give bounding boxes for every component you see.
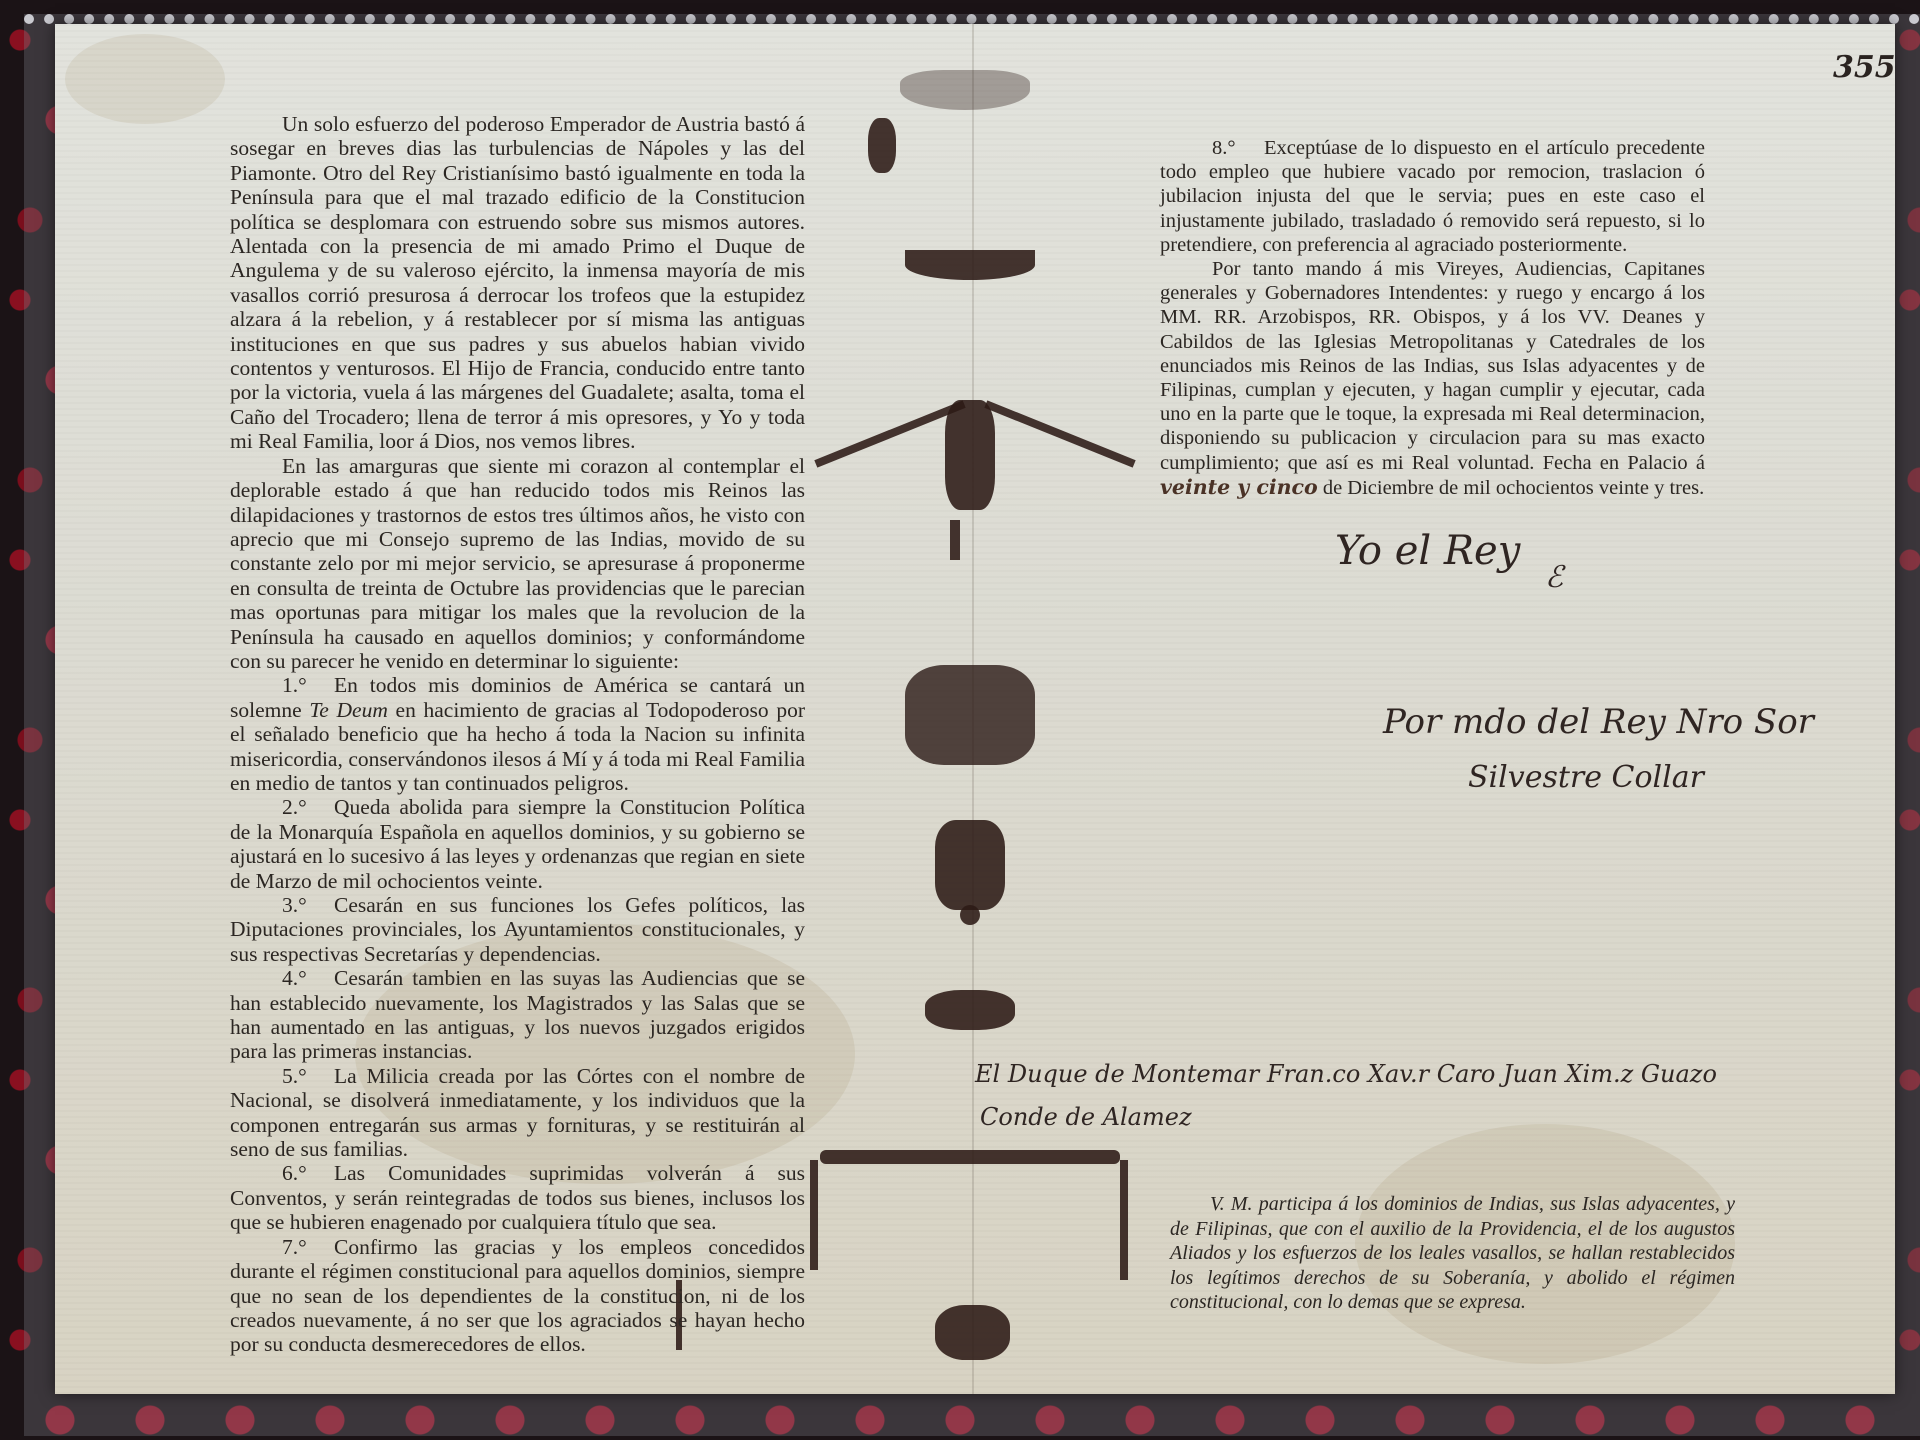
council-signatures-row2: Conde de Alamez xyxy=(980,1103,1192,1131)
article-5: 5.°La Milicia creada por las Córtes con … xyxy=(230,1064,805,1162)
article-number: 8.° xyxy=(1212,136,1264,160)
article-number: 2.° xyxy=(282,795,334,819)
closing-date-text: de Diciembre de mil ochocientos veinte y… xyxy=(1323,477,1704,499)
king-signature: Yo el Rey xyxy=(1335,528,1520,574)
article-number: 6.° xyxy=(282,1161,334,1185)
page-number: 355 xyxy=(1833,50,1896,85)
second-paragraph: En las amarguras que siente mi corazon a… xyxy=(230,454,805,674)
secretary-signature: Silvestre Collar xyxy=(1468,760,1704,795)
right-text-column: 8.°Exceptúase de lo dispuesto en el artí… xyxy=(1160,136,1705,500)
summary-text: V. M. participa á los dominios de Indias… xyxy=(1170,1192,1735,1315)
article-4: 4.°Cesarán tambien en las suyas las Audi… xyxy=(230,966,805,1064)
article-number: 7.° xyxy=(282,1235,334,1259)
article-2: 2.°Queda abolida para siempre la Constit… xyxy=(230,795,805,893)
secretary-order-line: Por mdo del Rey Nro Sor xyxy=(1383,702,1814,742)
article-6: 6.°Las Comunidades suprimidas volverán á… xyxy=(230,1161,805,1234)
handwritten-date: veinte y cinco xyxy=(1160,475,1318,499)
article-number: 4.° xyxy=(282,966,334,990)
council-signatures-row1: El Duque de Montemar Fran.co Xav.r Caro … xyxy=(975,1060,1717,1088)
article-1: 1.°En todos mis dominios de América se c… xyxy=(230,673,805,795)
article-3: 3.°Cesarán en sus funciones los Gefes po… xyxy=(230,893,805,966)
article-number: 3.° xyxy=(282,893,334,917)
closing-paragraph: Por tanto mando á mis Vireyes, Audiencia… xyxy=(1160,257,1705,500)
left-text-column: Un solo esfuerzo del poderoso Emperador … xyxy=(230,112,805,1357)
article-number: 5.° xyxy=(282,1064,334,1088)
intro-paragraph: Un solo esfuerzo del poderoso Emperador … xyxy=(230,112,805,454)
te-deum-italic: Te Deum xyxy=(309,698,388,722)
article-7: 7.°Confirmo las gracias y los empleos co… xyxy=(230,1235,805,1357)
paper-stain xyxy=(65,34,225,124)
article-number: 1.° xyxy=(282,673,334,697)
king-rubric: ℰ xyxy=(1545,560,1563,595)
closing-text: Por tanto mando á mis Vireyes, Audiencia… xyxy=(1160,258,1705,474)
summary-paragraph: V. M. participa á los dominios de Indias… xyxy=(1170,1192,1735,1315)
article-8: 8.°Exceptúase de lo dispuesto en el artí… xyxy=(1160,136,1705,257)
